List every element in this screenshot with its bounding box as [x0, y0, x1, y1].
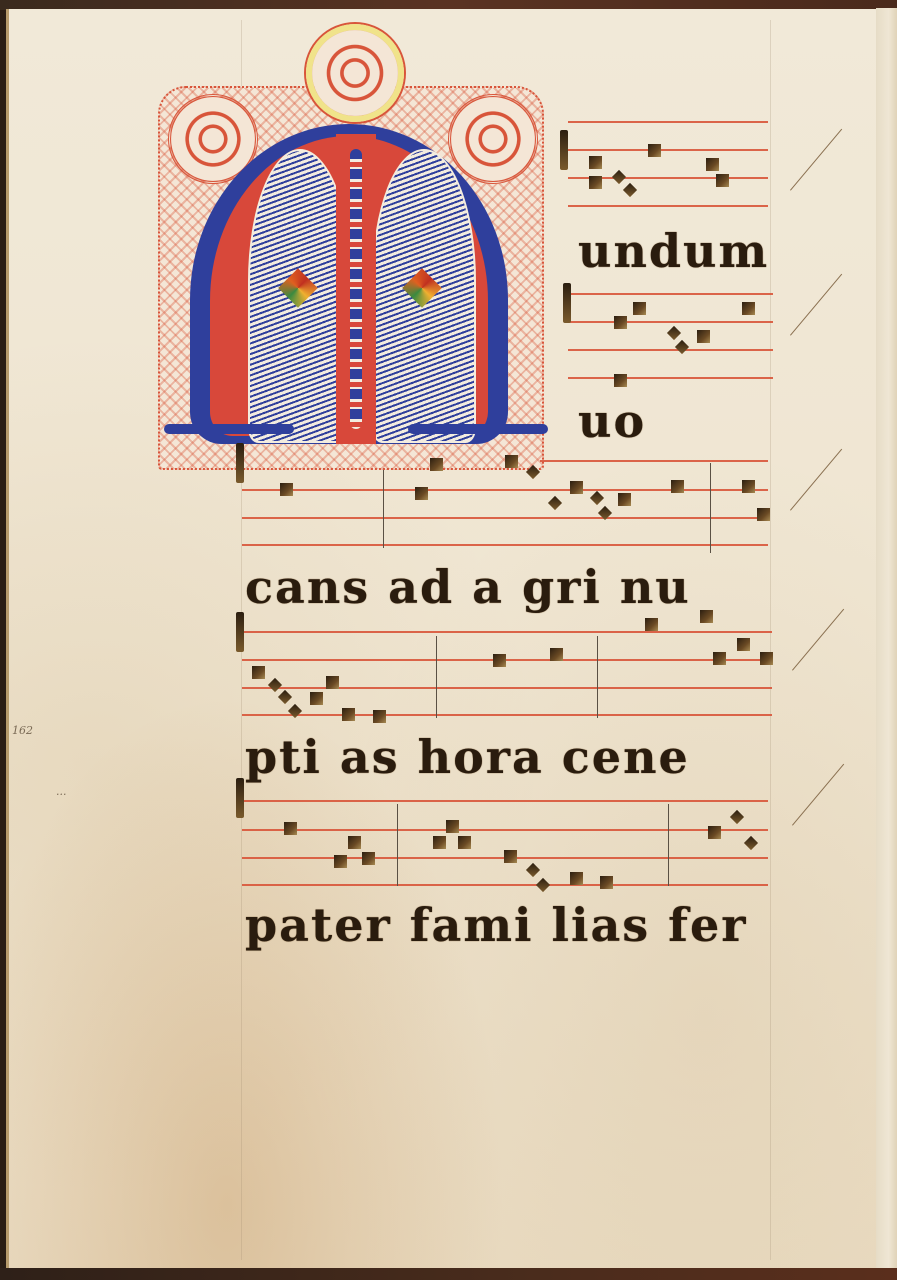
note: [614, 316, 627, 329]
note: [570, 481, 583, 494]
note: [310, 692, 323, 705]
note: [589, 156, 602, 169]
note: [446, 820, 459, 833]
note: [430, 458, 443, 471]
lyric-line-1: undum: [578, 228, 769, 274]
note: [706, 158, 719, 171]
note: [373, 710, 386, 723]
note: [493, 654, 506, 667]
lyric-line-5: pater fami lias fer: [245, 902, 747, 948]
division-bar: [436, 636, 437, 718]
book-binding-bottom: [0, 1268, 897, 1280]
division-bar: [668, 804, 669, 886]
note: [550, 648, 563, 661]
note: [589, 176, 602, 189]
facing-page-edge: [876, 8, 897, 1270]
note: [700, 610, 713, 623]
lyric-line-3: cans ad a gri nu: [245, 564, 691, 610]
note: [458, 836, 471, 849]
initial-chain-ornament: [350, 149, 362, 429]
note: [742, 480, 755, 493]
note: [280, 483, 293, 496]
note: [334, 855, 347, 868]
note: [737, 638, 750, 651]
margin-note-marks: ...: [56, 785, 67, 798]
margin-note-folio: 162: [12, 724, 33, 737]
note: [697, 330, 710, 343]
c-clef-icon: [563, 283, 571, 323]
c-clef-icon: [236, 778, 244, 818]
note: [614, 374, 627, 387]
ruling-line: [770, 20, 771, 1260]
note: [326, 676, 339, 689]
division-bar: [397, 804, 398, 886]
note: [600, 876, 613, 889]
division-bar: [383, 470, 384, 548]
note: [713, 652, 726, 665]
c-clef-icon: [236, 443, 244, 483]
c-clef-icon: [560, 130, 568, 170]
lyric-line-4: pti as hora cene: [245, 734, 690, 780]
initial-foot-left: [164, 424, 294, 434]
note: [342, 708, 355, 721]
rosette-top-icon: [306, 24, 404, 122]
division-bar: [710, 463, 711, 553]
note: [716, 174, 729, 187]
note: [362, 852, 375, 865]
note: [648, 144, 661, 157]
note: [415, 487, 428, 500]
note: [284, 822, 297, 835]
note: [645, 618, 658, 631]
note: [618, 493, 631, 506]
note: [760, 652, 773, 665]
illuminated-initial-m: [158, 24, 543, 474]
division-bar: [597, 636, 598, 718]
initial-foot-right: [408, 424, 548, 434]
note: [433, 836, 446, 849]
note: [570, 872, 583, 885]
note: [505, 455, 518, 468]
note: [708, 826, 721, 839]
note: [504, 850, 517, 863]
c-clef-icon: [236, 612, 244, 652]
note: [252, 666, 265, 679]
lyric-line-2: uo: [578, 398, 646, 444]
note: [757, 508, 770, 521]
note: [348, 836, 361, 849]
note: [633, 302, 646, 315]
note: [671, 480, 684, 493]
rosette-right-icon: [448, 94, 538, 184]
note: [742, 302, 755, 315]
